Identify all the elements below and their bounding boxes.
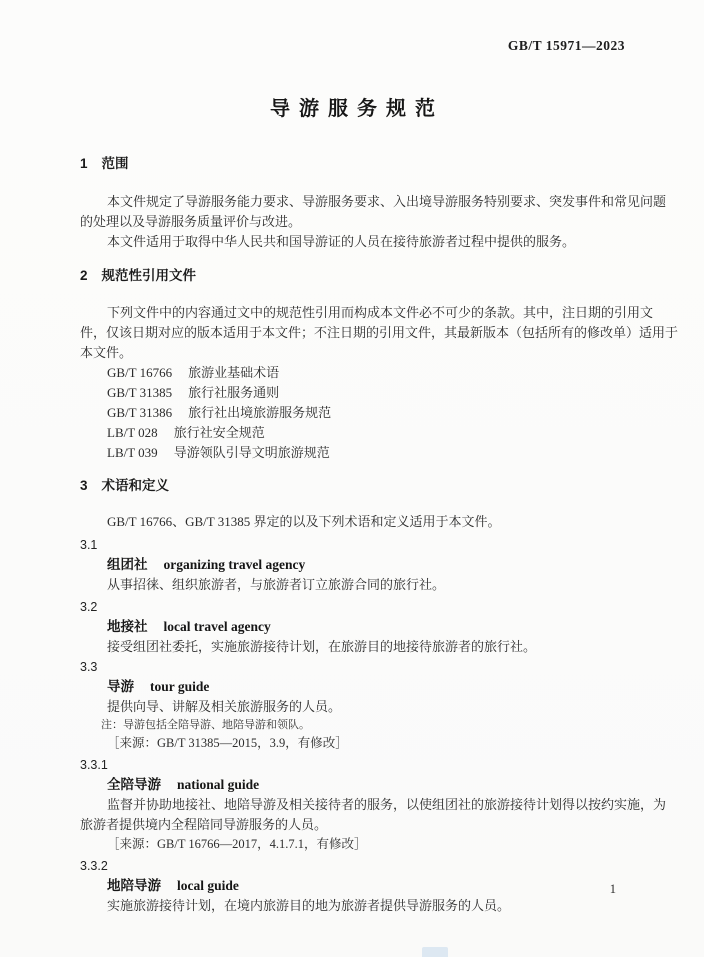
term-source: ［来源：GB/T 31385—2015，3.9，有修改］	[80, 734, 625, 752]
reference-item: LB/T 039导游领队引导文明旅游规范	[80, 443, 625, 463]
term-english: organizing travel agency	[164, 557, 306, 572]
term-english: local guide	[177, 878, 239, 893]
term-note: 注：导游包括全陪导游、地陪导游和领队。	[80, 717, 625, 734]
reference-title: 旅行社安全规范	[174, 425, 265, 440]
references-paragraph-line: 件，仅该日期对应的版本适用于本文件；不注日期的引用文件，其最新版本（包括所有的修…	[80, 323, 625, 343]
term-chinese: 全陪导游	[107, 777, 161, 792]
term-english: tour guide	[150, 679, 209, 694]
scope-paragraph-line: 本文件适用于取得中华人民共和国导游证的人员在接待旅游者过程中提供的服务。	[80, 232, 625, 252]
document-page: GB/T 15971—2023 导游服务规范 1范围 本文件规定了导游服务能力要…	[0, 0, 704, 957]
reference-item: GB/T 31386旅行社出境旅游服务规范	[80, 403, 625, 423]
reference-title: 导游领队引导文明旅游规范	[174, 445, 330, 460]
references-paragraph-line: 下列文件中的内容通过文中的规范性引用而构成本文件必不可少的条款。其中，注日期的引…	[80, 303, 625, 323]
term-definition-line: 监督并协助地接社、地陪导游及相关接待者的服务，以使组团社的旅游接待计划得以按约实…	[80, 795, 625, 815]
term-chinese: 地陪导游	[107, 878, 161, 893]
terms-intro-line: GB/T 16766、GB/T 31385 界定的以及下列术语和定义适用于本文件…	[80, 512, 625, 532]
section-terms-definitions: 3术语和定义 GB/T 16766、GB/T 31385 界定的以及下列术语和定…	[80, 477, 625, 916]
term-line: 地接社local travel agency	[80, 617, 625, 637]
references-paragraph-line: 本文件。	[80, 343, 625, 363]
term-line: 组团社organizing travel agency	[80, 555, 625, 575]
term-line: 地陪导游local guide	[80, 876, 625, 896]
section-scope: 1范围 本文件规定了导游服务能力要求、导游服务要求、入出境导游服务特别要求、突发…	[80, 155, 625, 252]
term-entry-3-3: 3.3 导游tour guide 提供向导、讲解及相关旅游服务的人员。 注：导游…	[80, 657, 625, 752]
term-definition-line: 提供向导、讲解及相关旅游服务的人员。	[80, 697, 625, 717]
section-3-title: 术语和定义	[102, 478, 170, 493]
clause-number: 3.3.2	[80, 856, 625, 876]
term-chinese: 导游	[107, 679, 134, 694]
reference-code: GB/T 31386	[107, 403, 172, 423]
section-2-heading: 2规范性引用文件	[80, 267, 625, 285]
section-1-heading: 1范围	[80, 155, 625, 173]
reference-title: 旅游业基础术语	[188, 365, 279, 380]
term-entry-3-3-1: 3.3.1 全陪导游national guide 监督并协助地接社、地陪导游及相…	[80, 755, 625, 853]
reference-code: GB/T 31385	[107, 383, 172, 403]
term-entry-3-1: 3.1 组团社organizing travel agency 从事招徕、组织旅…	[80, 535, 625, 595]
scope-paragraph-line: 本文件规定了导游服务能力要求、导游服务要求、入出境导游服务特别要求、突发事件和常…	[80, 192, 625, 212]
section-2-title: 规范性引用文件	[102, 268, 197, 283]
scan-artifact-bar	[422, 947, 448, 957]
reference-code: GB/T 16766	[107, 363, 172, 383]
reference-title: 旅行社服务通则	[188, 385, 279, 400]
term-definition-line: 旅游者提供境内全程陪同导游服务的人员。	[80, 815, 625, 835]
reference-code: LB/T 039	[107, 443, 158, 463]
reference-title: 旅行社出境旅游服务规范	[188, 405, 331, 420]
term-chinese: 组团社	[107, 557, 148, 572]
standard-number: GB/T 15971—2023	[80, 38, 625, 54]
section-3-heading: 3术语和定义	[80, 477, 625, 495]
section-1-title: 范围	[102, 156, 129, 171]
term-line: 全陪导游national guide	[80, 775, 625, 795]
term-source: ［来源：GB/T 16766—2017，4.1.7.1，有修改］	[80, 835, 625, 853]
section-2-number: 2	[80, 267, 88, 285]
term-chinese: 地接社	[107, 619, 148, 634]
term-definition-line: 接受组团社委托，实施旅游接待计划，在旅游目的地接待旅游者的旅行社。	[80, 637, 625, 657]
term-definition-line: 实施旅游接待计划，在境内旅游目的地为旅游者提供导游服务的人员。	[80, 896, 625, 916]
document-title: 导游服务规范	[80, 96, 625, 122]
clause-number: 3.3.1	[80, 755, 625, 775]
clause-number: 3.2	[80, 597, 625, 617]
scope-paragraph-line: 的处理以及导游服务质量评价与改进。	[80, 212, 625, 232]
clause-number: 3.1	[80, 535, 625, 555]
term-english: national guide	[177, 777, 259, 792]
page-number: 1	[610, 882, 616, 897]
section-3-number: 3	[80, 477, 88, 495]
reference-item: GB/T 31385旅行社服务通则	[80, 383, 625, 403]
term-english: local travel agency	[164, 619, 271, 634]
reference-code: LB/T 028	[107, 423, 158, 443]
clause-number: 3.3	[80, 657, 625, 677]
reference-item: GB/T 16766旅游业基础术语	[80, 363, 625, 383]
term-definition-line: 从事招徕、组织旅游者，与旅游者订立旅游合同的旅行社。	[80, 575, 625, 595]
term-line: 导游tour guide	[80, 677, 625, 697]
section-1-number: 1	[80, 155, 88, 173]
reference-item: LB/T 028旅行社安全规范	[80, 423, 625, 443]
term-entry-3-3-2: 3.3.2 地陪导游local guide 实施旅游接待计划，在境内旅游目的地为…	[80, 856, 625, 916]
term-entry-3-2: 3.2 地接社local travel agency 接受组团社委托，实施旅游接…	[80, 597, 625, 657]
section-normative-references: 2规范性引用文件 下列文件中的内容通过文中的规范性引用而构成本文件必不可少的条款…	[80, 267, 625, 463]
